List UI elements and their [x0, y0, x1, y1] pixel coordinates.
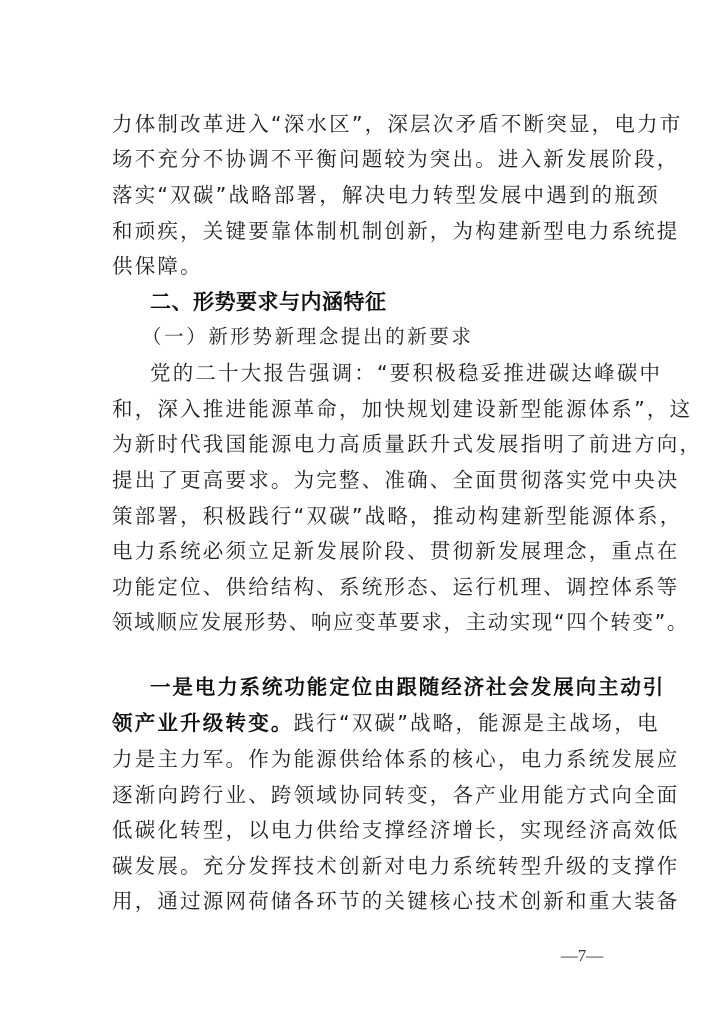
text-line-mixed: 领产业升级转变。践行“双碳”战略，能源是主战场，电 [112, 709, 604, 737]
text-line: 力是主力军。作为能源供给体系的核心，电力系统发展应 [112, 745, 604, 773]
document-page: 力体制改革进入“深水区”，深层次矛盾不断突显，电力市 场不充分不协调不平衡问题较… [0, 0, 724, 1024]
text-line: 和，深入推进能源革命，加快规划建设新型能源体系”，这 [112, 395, 604, 423]
text-line: 和顽疾，关键要靠体制机制创新，为构建新型电力系统提 [112, 217, 604, 245]
text-line: 用，通过源网荷储各环节的关键核心技术创新和重大装备 [112, 887, 604, 915]
text-line: 为新时代我国能源电力高质量跃升式发展指明了前进方向， [112, 430, 604, 458]
text-line: 场不充分不协调不平衡问题较为突出。进入新发展阶段， [112, 145, 604, 173]
text-line: 力体制改革进入“深水区”，深层次矛盾不断突显，电力市 [112, 110, 604, 138]
text-line: 逐渐向跨行业、跨领域协同转变，各产业用能方式向全面 [112, 781, 604, 809]
text-line: 电力系统必须立足新发展阶段、贯彻新发展理念，重点在 [112, 537, 604, 565]
section-heading: 二、形势要求与内涵特征 [150, 288, 604, 316]
text-line: 低碳化转型，以电力供给支撑经济增长，实现经济高效低 [112, 816, 604, 844]
text-line: 碳发展。充分发挥技术创新对电力系统转型升级的支撑作 [112, 852, 604, 880]
text-line: 党的二十大报告强调：“要积极稳妥推进碳达峰碳中 [150, 359, 604, 387]
text-line: 功能定位、供给结构、系统形态、运行机理、调控体系等 [112, 573, 604, 601]
page-number: —7— [552, 944, 612, 968]
text-line: 落实“双碳”战略部署，解决电力转型发展中遇到的瓶颈 [112, 181, 604, 209]
text-line: 策部署，积极践行“双碳”战略，推动构建新型能源体系， [112, 502, 604, 530]
text-span: 践行“双碳”战略，能源是主战场，电 [294, 711, 660, 735]
text-line: 提出了更高要求。为完整、准确、全面贯彻落实党中央决 [112, 466, 604, 494]
bold-lead-line: 一是电力系统功能定位由跟随经济社会发展向主动引 [150, 673, 604, 701]
bold-lead-text: 领产业升级转变。 [112, 711, 294, 735]
text-line: 供保障。 [112, 252, 604, 280]
subsection-heading: （一）新形势新理念提出的新要求 [142, 323, 596, 351]
text-line: 领域顺应发展形势、响应变革要求，主动实现“四个转变”。 [112, 608, 604, 636]
